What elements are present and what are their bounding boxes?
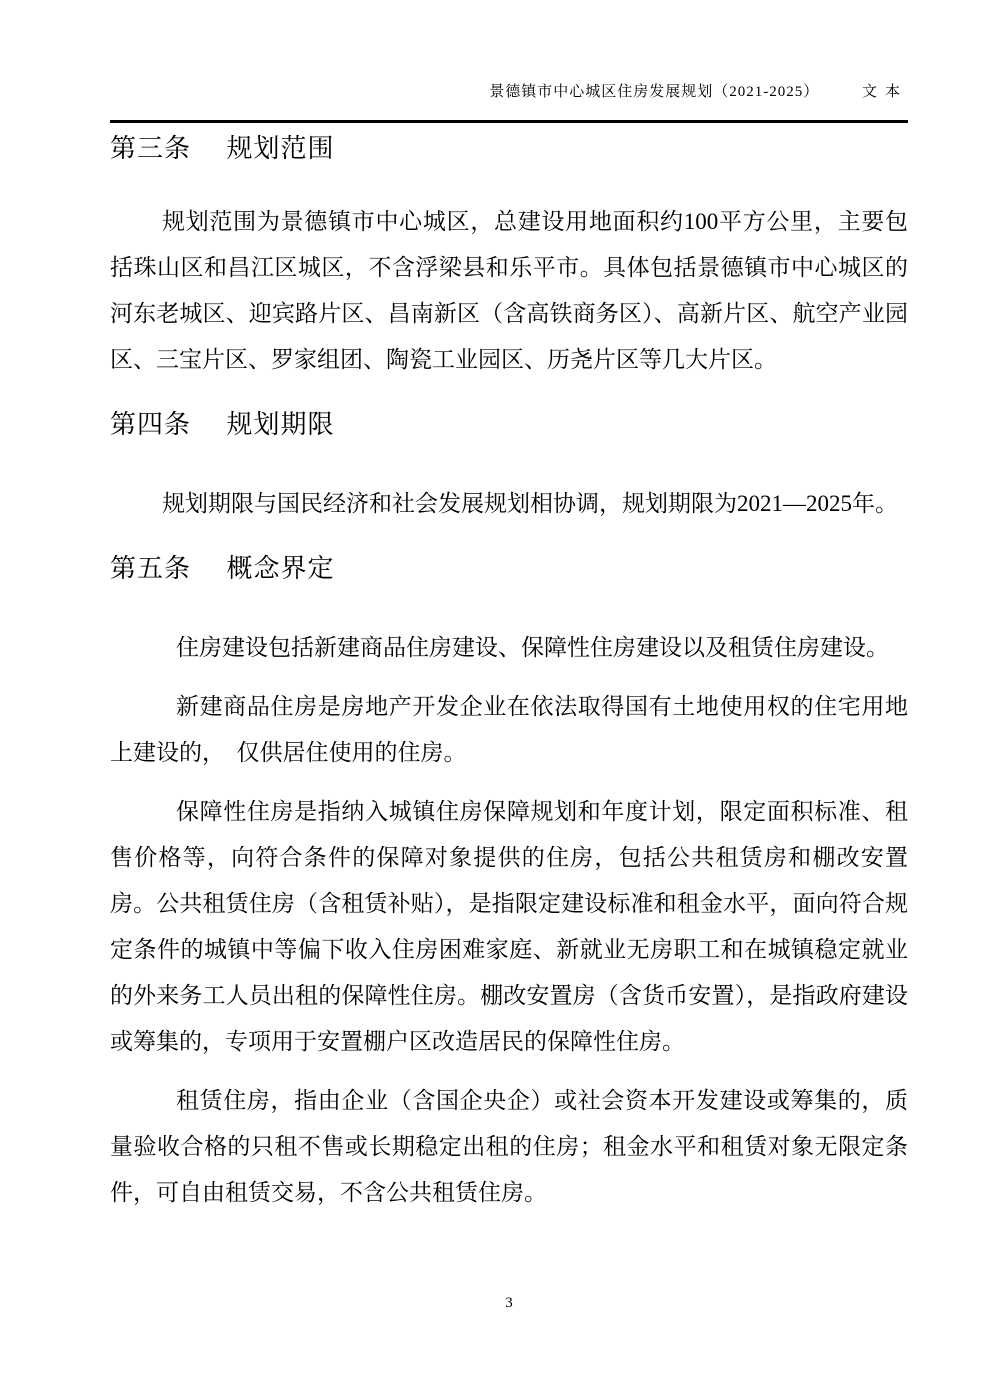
article-5-paragraph-4: 租赁住房，指由企业（含国企央企）或社会资本开发建设或筹集的，质量验收合格的只租不… — [110, 1078, 908, 1216]
page-content: 景德镇市中心城区住房发展规划（2021-2025） 文本 第三条 规划范围 规划… — [0, 0, 988, 1216]
article-5-paragraph-1: 住房建设包括新建商品住房建设、保障性住房建设以及租赁住房建设。 — [110, 625, 908, 671]
header-rule — [110, 120, 908, 123]
article-3-title: 规划范围 — [227, 134, 335, 163]
article-4-heading: 第四条 规划期限 — [110, 408, 908, 442]
article-5-paragraph-2: 新建商品住房是房地产开发企业在依法取得国有土地使用权的住宅用地上建设的， 仅供居… — [110, 684, 908, 776]
section-article-3: 第三条 规划范围 规划范围为景德镇市中心城区，总建设用地面积约100平方公里，主… — [110, 132, 908, 383]
article-4-paragraph-1: 规划期限与国民经济和社会发展规划相协调，规划期限为2021—2025年。 — [110, 481, 908, 527]
article-4-number: 第四条 — [110, 410, 191, 439]
article-3-paragraph-1: 规划范围为景德镇市中心城区，总建设用地面积约100平方公里，主要包括珠山区和昌江… — [110, 199, 908, 383]
article-4-title: 规划期限 — [227, 410, 335, 439]
document-page: 景德镇市中心城区住房发展规划（2021-2025） 文本 第三条 规划范围 规划… — [0, 0, 988, 1399]
article-5-title: 概念界定 — [227, 554, 335, 583]
page-footer: 3 — [110, 1293, 908, 1313]
page-number: 3 — [505, 1295, 513, 1311]
article-5-number: 第五条 — [110, 554, 191, 583]
section-article-5: 第五条 概念界定 住房建设包括新建商品住房建设、保障性住房建设以及租赁住房建设。… — [110, 552, 908, 1216]
running-header-title: 景德镇市中心城区住房发展规划（2021-2025） — [489, 84, 819, 100]
article-3-number: 第三条 — [110, 134, 191, 163]
running-header-doc-type: 文本 — [862, 84, 908, 100]
running-header: 景德镇市中心城区住房发展规划（2021-2025） 文本 — [110, 82, 908, 102]
article-5-heading: 第五条 概念界定 — [110, 552, 908, 586]
article-3-heading: 第三条 规划范围 — [110, 132, 908, 166]
article-5-paragraph-3: 保障性住房是指纳入城镇住房保障规划和年度计划，限定面积标准、租售价格等，向符合条… — [110, 789, 908, 1065]
section-article-4: 第四条 规划期限 规划期限与国民经济和社会发展规划相协调，规划期限为2021—2… — [110, 408, 908, 527]
